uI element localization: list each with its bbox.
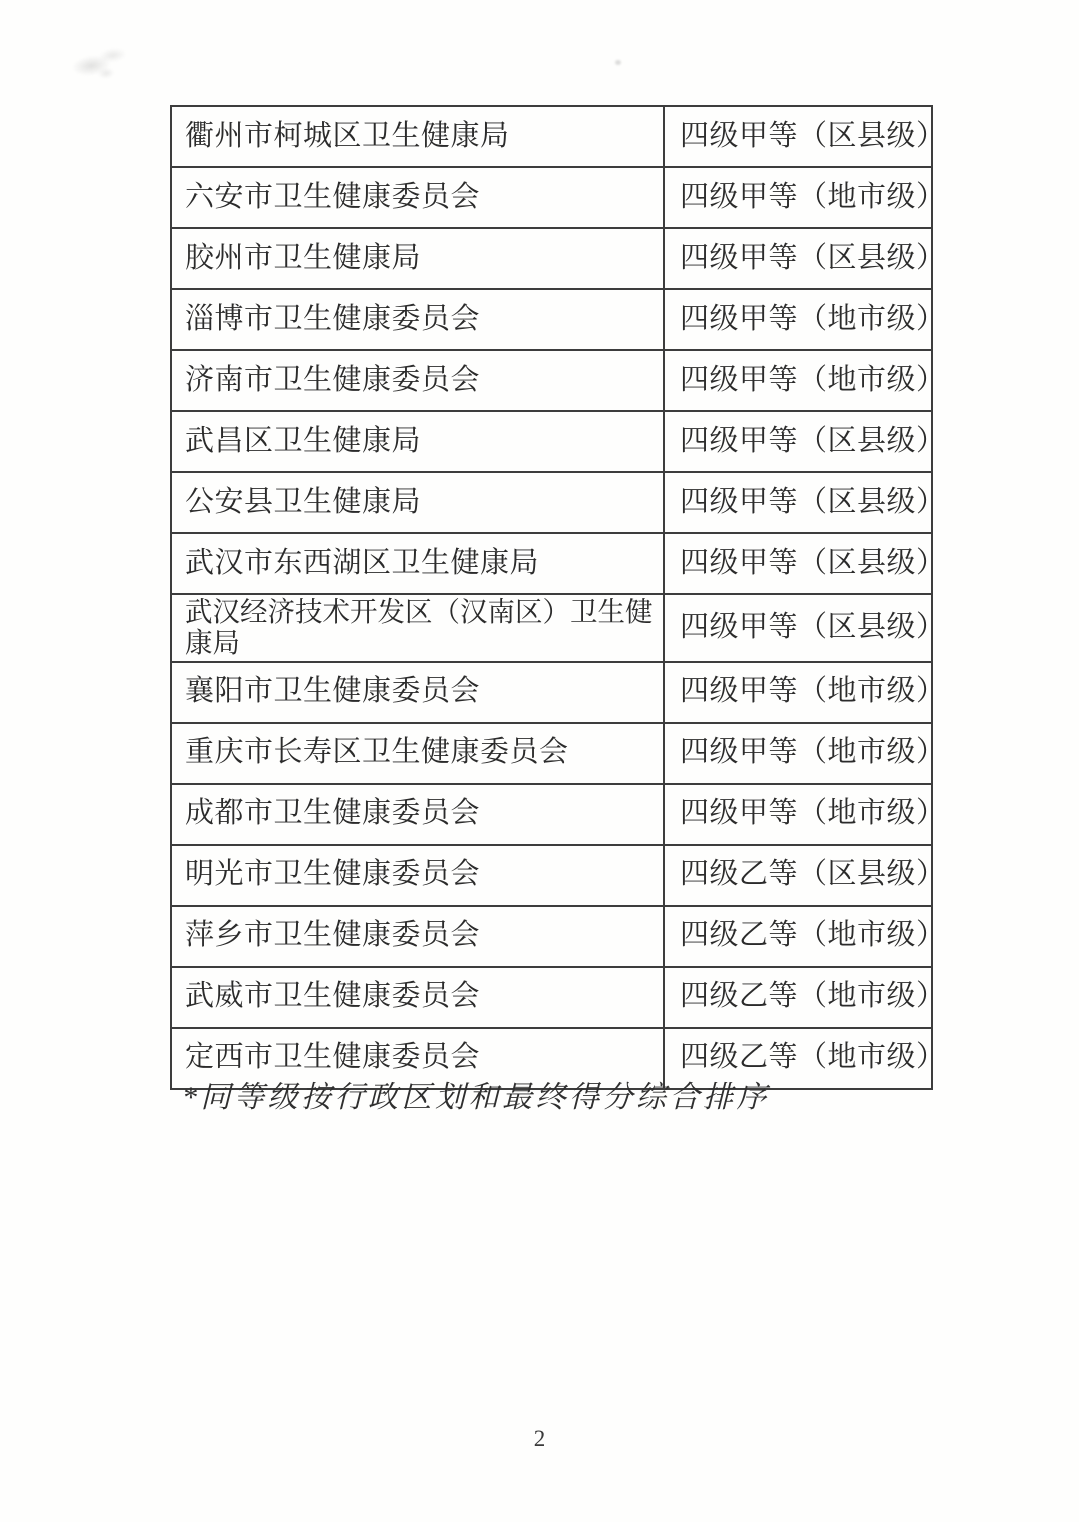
organization-name: 六安市卫生健康委员会 — [171, 167, 664, 228]
organization-name: 萍乡市卫生健康委员会 — [171, 906, 664, 967]
rating-level: 四级甲等（区县级） — [664, 411, 932, 472]
scan-speck — [615, 60, 621, 65]
organization-name: 淄博市卫生健康委员会 — [171, 289, 664, 350]
footnote: *同等级按行政区划和最终得分综合排序 — [182, 1072, 770, 1116]
organization-name: 重庆市长寿区卫生健康委员会 — [171, 723, 664, 784]
rating-level: 四级乙等（地市级） — [664, 906, 932, 967]
rating-level: 四级乙等（区县级） — [664, 845, 932, 906]
organization-name: 武汉市东西湖区卫生健康局 — [171, 533, 664, 594]
rating-level: 四级甲等（区县级） — [664, 106, 932, 167]
table-row: 衢州市柯城区卫生健康局 四级甲等（区县级） — [171, 106, 932, 167]
page-number: 2 — [0, 1426, 1079, 1452]
rating-level: 四级甲等（地市级） — [664, 723, 932, 784]
rating-table: 衢州市柯城区卫生健康局 四级甲等（区县级） 六安市卫生健康委员会 四级甲等（地市… — [170, 105, 933, 1090]
document-page: 衢州市柯城区卫生健康局 四级甲等（区县级） 六安市卫生健康委员会 四级甲等（地市… — [0, 0, 1079, 1522]
organization-name: 明光市卫生健康委员会 — [171, 845, 664, 906]
table-row: 重庆市长寿区卫生健康委员会 四级甲等（地市级） — [171, 723, 932, 784]
table-row: 淄博市卫生健康委员会 四级甲等（地市级） — [171, 289, 932, 350]
organization-name: 胶州市卫生健康局 — [171, 228, 664, 289]
rating-level: 四级甲等（地市级） — [664, 167, 932, 228]
table-row: 明光市卫生健康委员会 四级乙等（区县级） — [171, 845, 932, 906]
table-row: 六安市卫生健康委员会 四级甲等（地市级） — [171, 167, 932, 228]
organization-name: 公安县卫生健康局 — [171, 472, 664, 533]
table-row: 萍乡市卫生健康委员会 四级乙等（地市级） — [171, 906, 932, 967]
rating-level: 四级甲等（区县级） — [664, 472, 932, 533]
rating-level: 四级甲等（区县级） — [664, 533, 932, 594]
organization-name: 武汉经济技术开发区（汉南区）卫生健康局 — [171, 594, 664, 662]
table-row: 襄阳市卫生健康委员会 四级甲等（地市级） — [171, 662, 932, 723]
organization-name: 衢州市柯城区卫生健康局 — [171, 106, 664, 167]
organization-name: 济南市卫生健康委员会 — [171, 350, 664, 411]
table-row: 济南市卫生健康委员会 四级甲等（地市级） — [171, 350, 932, 411]
table-row: 公安县卫生健康局 四级甲等（区县级） — [171, 472, 932, 533]
rating-level: 四级乙等（地市级） — [664, 967, 932, 1028]
table-row: 成都市卫生健康委员会 四级甲等（地市级） — [171, 784, 932, 845]
rating-level: 四级甲等（区县级） — [664, 228, 932, 289]
table-row: 武威市卫生健康委员会 四级乙等（地市级） — [171, 967, 932, 1028]
rating-level: 四级甲等（地市级） — [664, 784, 932, 845]
table-row: 胶州市卫生健康局 四级甲等（区县级） — [171, 228, 932, 289]
rating-table-body: 衢州市柯城区卫生健康局 四级甲等（区县级） 六安市卫生健康委员会 四级甲等（地市… — [171, 106, 932, 1089]
organization-name: 武昌区卫生健康局 — [171, 411, 664, 472]
rating-level: 四级甲等（地市级） — [664, 289, 932, 350]
organization-name: 襄阳市卫生健康委员会 — [171, 662, 664, 723]
scan-smudge — [52, 32, 148, 92]
rating-level: 四级甲等（区县级） — [664, 594, 932, 662]
rating-level: 四级甲等（地市级） — [664, 350, 932, 411]
rating-level: 四级甲等（地市级） — [664, 662, 932, 723]
table-row: 武汉经济技术开发区（汉南区）卫生健康局 四级甲等（区县级） — [171, 594, 932, 662]
table-row: 武昌区卫生健康局 四级甲等（区县级） — [171, 411, 932, 472]
organization-name: 武威市卫生健康委员会 — [171, 967, 664, 1028]
table-row: 武汉市东西湖区卫生健康局 四级甲等（区县级） — [171, 533, 932, 594]
organization-name: 成都市卫生健康委员会 — [171, 784, 664, 845]
